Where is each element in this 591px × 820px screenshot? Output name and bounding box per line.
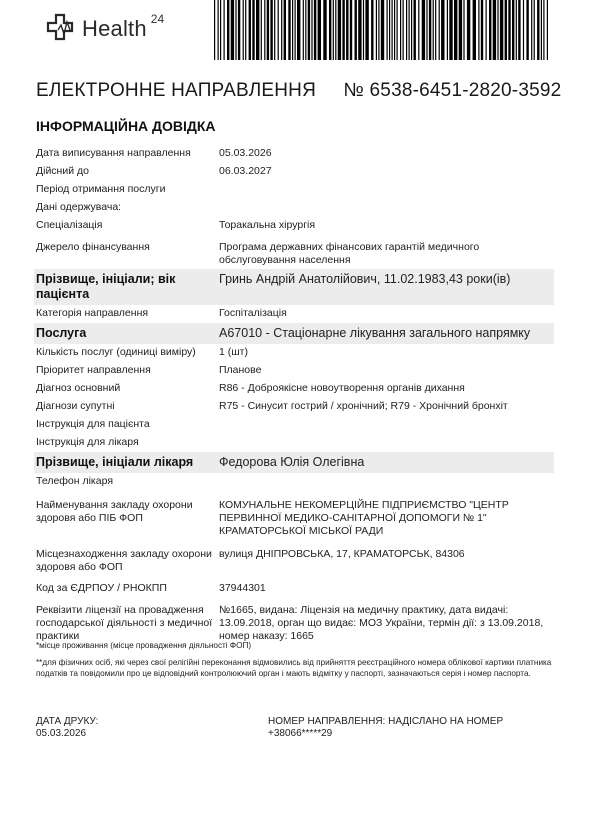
- table-row: Діагноз основнийR86 - Доброякісне новоут…: [34, 380, 554, 398]
- table-row: Пріоритет направленняПланове: [34, 362, 554, 380]
- table-row: СпеціалізаціяТоракальна хірургія: [34, 217, 554, 235]
- row-label: Дані одержувача:: [36, 201, 219, 215]
- section-title: ІНФОРМАЦІЙНА ДОВІДКА: [36, 118, 216, 134]
- row-value: Госпіталізація: [219, 307, 554, 321]
- row-value: 06.03.2027: [219, 165, 554, 179]
- brand-superscript: 24: [151, 12, 164, 26]
- row-value: КОМУНАЛЬНЕ НЕКОМЕРЦІЙНЕ ПІДПРИЄМСТВО "ЦЕ…: [219, 499, 554, 538]
- table-row: Категорія направленняГоспіталізація: [34, 305, 554, 323]
- footnote-1: *місце проживання (місце провадження дія…: [36, 640, 556, 651]
- row-label: Діагнози супутні: [36, 400, 219, 414]
- referral-number: № 6538-6451-2820-3592: [343, 80, 561, 101]
- row-value: А67010 - Стаціонарне лікування загальног…: [219, 326, 554, 341]
- table-row: Інструкція для лікаря: [34, 434, 554, 452]
- table-row: Дані одержувача:: [34, 199, 554, 217]
- row-label: Період отримання послуги: [36, 183, 219, 197]
- table-row: Прізвище, ініціали; вік пацієнтаГринь Ан…: [34, 269, 554, 305]
- row-value: [219, 183, 554, 197]
- row-label: Дійсний до: [36, 165, 219, 179]
- print-date-block: ДАТА ДРУКУ: 05.03.2026: [36, 716, 98, 740]
- row-value: 1 (шт): [219, 346, 554, 360]
- row-value: 37944301: [219, 582, 554, 596]
- barcode: [212, 0, 549, 60]
- document-header: ЕЛЕКТРОННЕ НАПРАВЛЕННЯ № 6538-6451-2820-…: [36, 80, 561, 102]
- row-label: Інструкція для лікаря: [36, 436, 219, 450]
- table-row: Місцезнаходження закладу охорони здоровя…: [34, 546, 554, 576]
- table-row: Джерело фінансуванняПрограма державних ф…: [34, 239, 554, 269]
- row-label: Реквізити ліцензії на провадження господ…: [36, 604, 219, 643]
- table-row: Реквізити ліцензії на провадження господ…: [34, 602, 554, 645]
- row-label: Діагноз основний: [36, 382, 219, 396]
- footnote-2: **для фізичних осіб, які через свої релі…: [36, 657, 556, 679]
- print-date: 05.03.2026: [36, 728, 98, 740]
- row-value: [219, 418, 554, 432]
- row-value: вулиця ДНІПРОВСЬКА, 17, КРАМАТОРСЬК, 843…: [219, 548, 554, 574]
- row-value: R75 - Синусит гострий / хронічний; R79 -…: [219, 400, 554, 414]
- row-value: Торакальна хірургія: [219, 219, 554, 233]
- row-label: Інструкція для пацієнта: [36, 418, 219, 432]
- table-row: Інструкція для пацієнта: [34, 416, 554, 434]
- row-value: Гринь Андрій Анатолійович, 11.02.1983,43…: [219, 272, 554, 302]
- document-title: ЕЛЕКТРОННЕ НАПРАВЛЕННЯ: [36, 80, 316, 101]
- row-label: Місцезнаходження закладу охорони здоровя…: [36, 548, 219, 574]
- table-row: Телефон лікаря: [34, 473, 554, 491]
- row-value: R86 - Доброякісне новоутворення органів …: [219, 382, 554, 396]
- row-label: Телефон лікаря: [36, 475, 219, 489]
- table-row: Діагнози супутніR75 - Синусит гострий / …: [34, 398, 554, 416]
- row-value: Планове: [219, 364, 554, 378]
- row-value: Федорова Юлія Олегівна: [219, 455, 554, 470]
- table-row: Прізвище, ініціали лікаряФедорова Юлія О…: [34, 452, 554, 473]
- row-value: №1665, видана: Ліцензія на медичну практ…: [219, 604, 554, 643]
- table-row: Код за ЄДРПОУ / РНОКПП37944301: [34, 580, 554, 598]
- row-value: [219, 475, 554, 489]
- sent-number-block: НОМЕР НАПРАВЛЕННЯ: НАДІСЛАНО НА НОМЕР +3…: [268, 716, 503, 740]
- footnotes: *місце проживання (місце провадження дія…: [36, 640, 556, 685]
- row-label: Спеціалізація: [36, 219, 219, 233]
- row-label: Кількість послуг (одиниці виміру): [36, 346, 219, 360]
- table-row: Кількість послуг (одиниці виміру)1 (шт): [34, 344, 554, 362]
- row-label: Найменування закладу охорони здоровя або…: [36, 499, 219, 538]
- row-label: Прізвище, ініціали лікаря: [36, 455, 219, 470]
- row-label: Дата виписування направлення: [36, 147, 219, 161]
- row-value: Програма державних фінансових гарантій м…: [219, 241, 554, 267]
- row-label: Код за ЄДРПОУ / РНОКПП: [36, 582, 219, 596]
- row-label: Послуга: [36, 326, 219, 341]
- print-date-label: ДАТА ДРУКУ:: [36, 716, 98, 728]
- table-row: Найменування закладу охорони здоровя або…: [34, 497, 554, 540]
- table-row: Дата виписування направлення05.03.2026: [34, 145, 554, 163]
- table-row: ПослугаА67010 - Стаціонарне лікування за…: [34, 323, 554, 344]
- medical-cross-icon: [44, 12, 80, 46]
- row-label: Джерело фінансування: [36, 241, 219, 267]
- row-value: 05.03.2026: [219, 147, 554, 161]
- health24-logo: Health 24: [44, 12, 164, 46]
- row-label: Категорія направлення: [36, 307, 219, 321]
- table-row: Дійсний до06.03.2027: [34, 163, 554, 181]
- table-row: Період отримання послуги: [34, 181, 554, 199]
- sent-number-label: НОМЕР НАПРАВЛЕННЯ: НАДІСЛАНО НА НОМЕР: [268, 716, 503, 728]
- info-table: Дата виписування направлення05.03.2026Ді…: [34, 145, 554, 645]
- sent-phone: +38066*****29: [268, 728, 503, 740]
- row-value: [219, 436, 554, 450]
- brand-name: Health: [82, 16, 147, 42]
- row-label: Пріоритет направлення: [36, 364, 219, 378]
- row-label: Прізвище, ініціали; вік пацієнта: [36, 272, 219, 302]
- row-value: [219, 201, 554, 215]
